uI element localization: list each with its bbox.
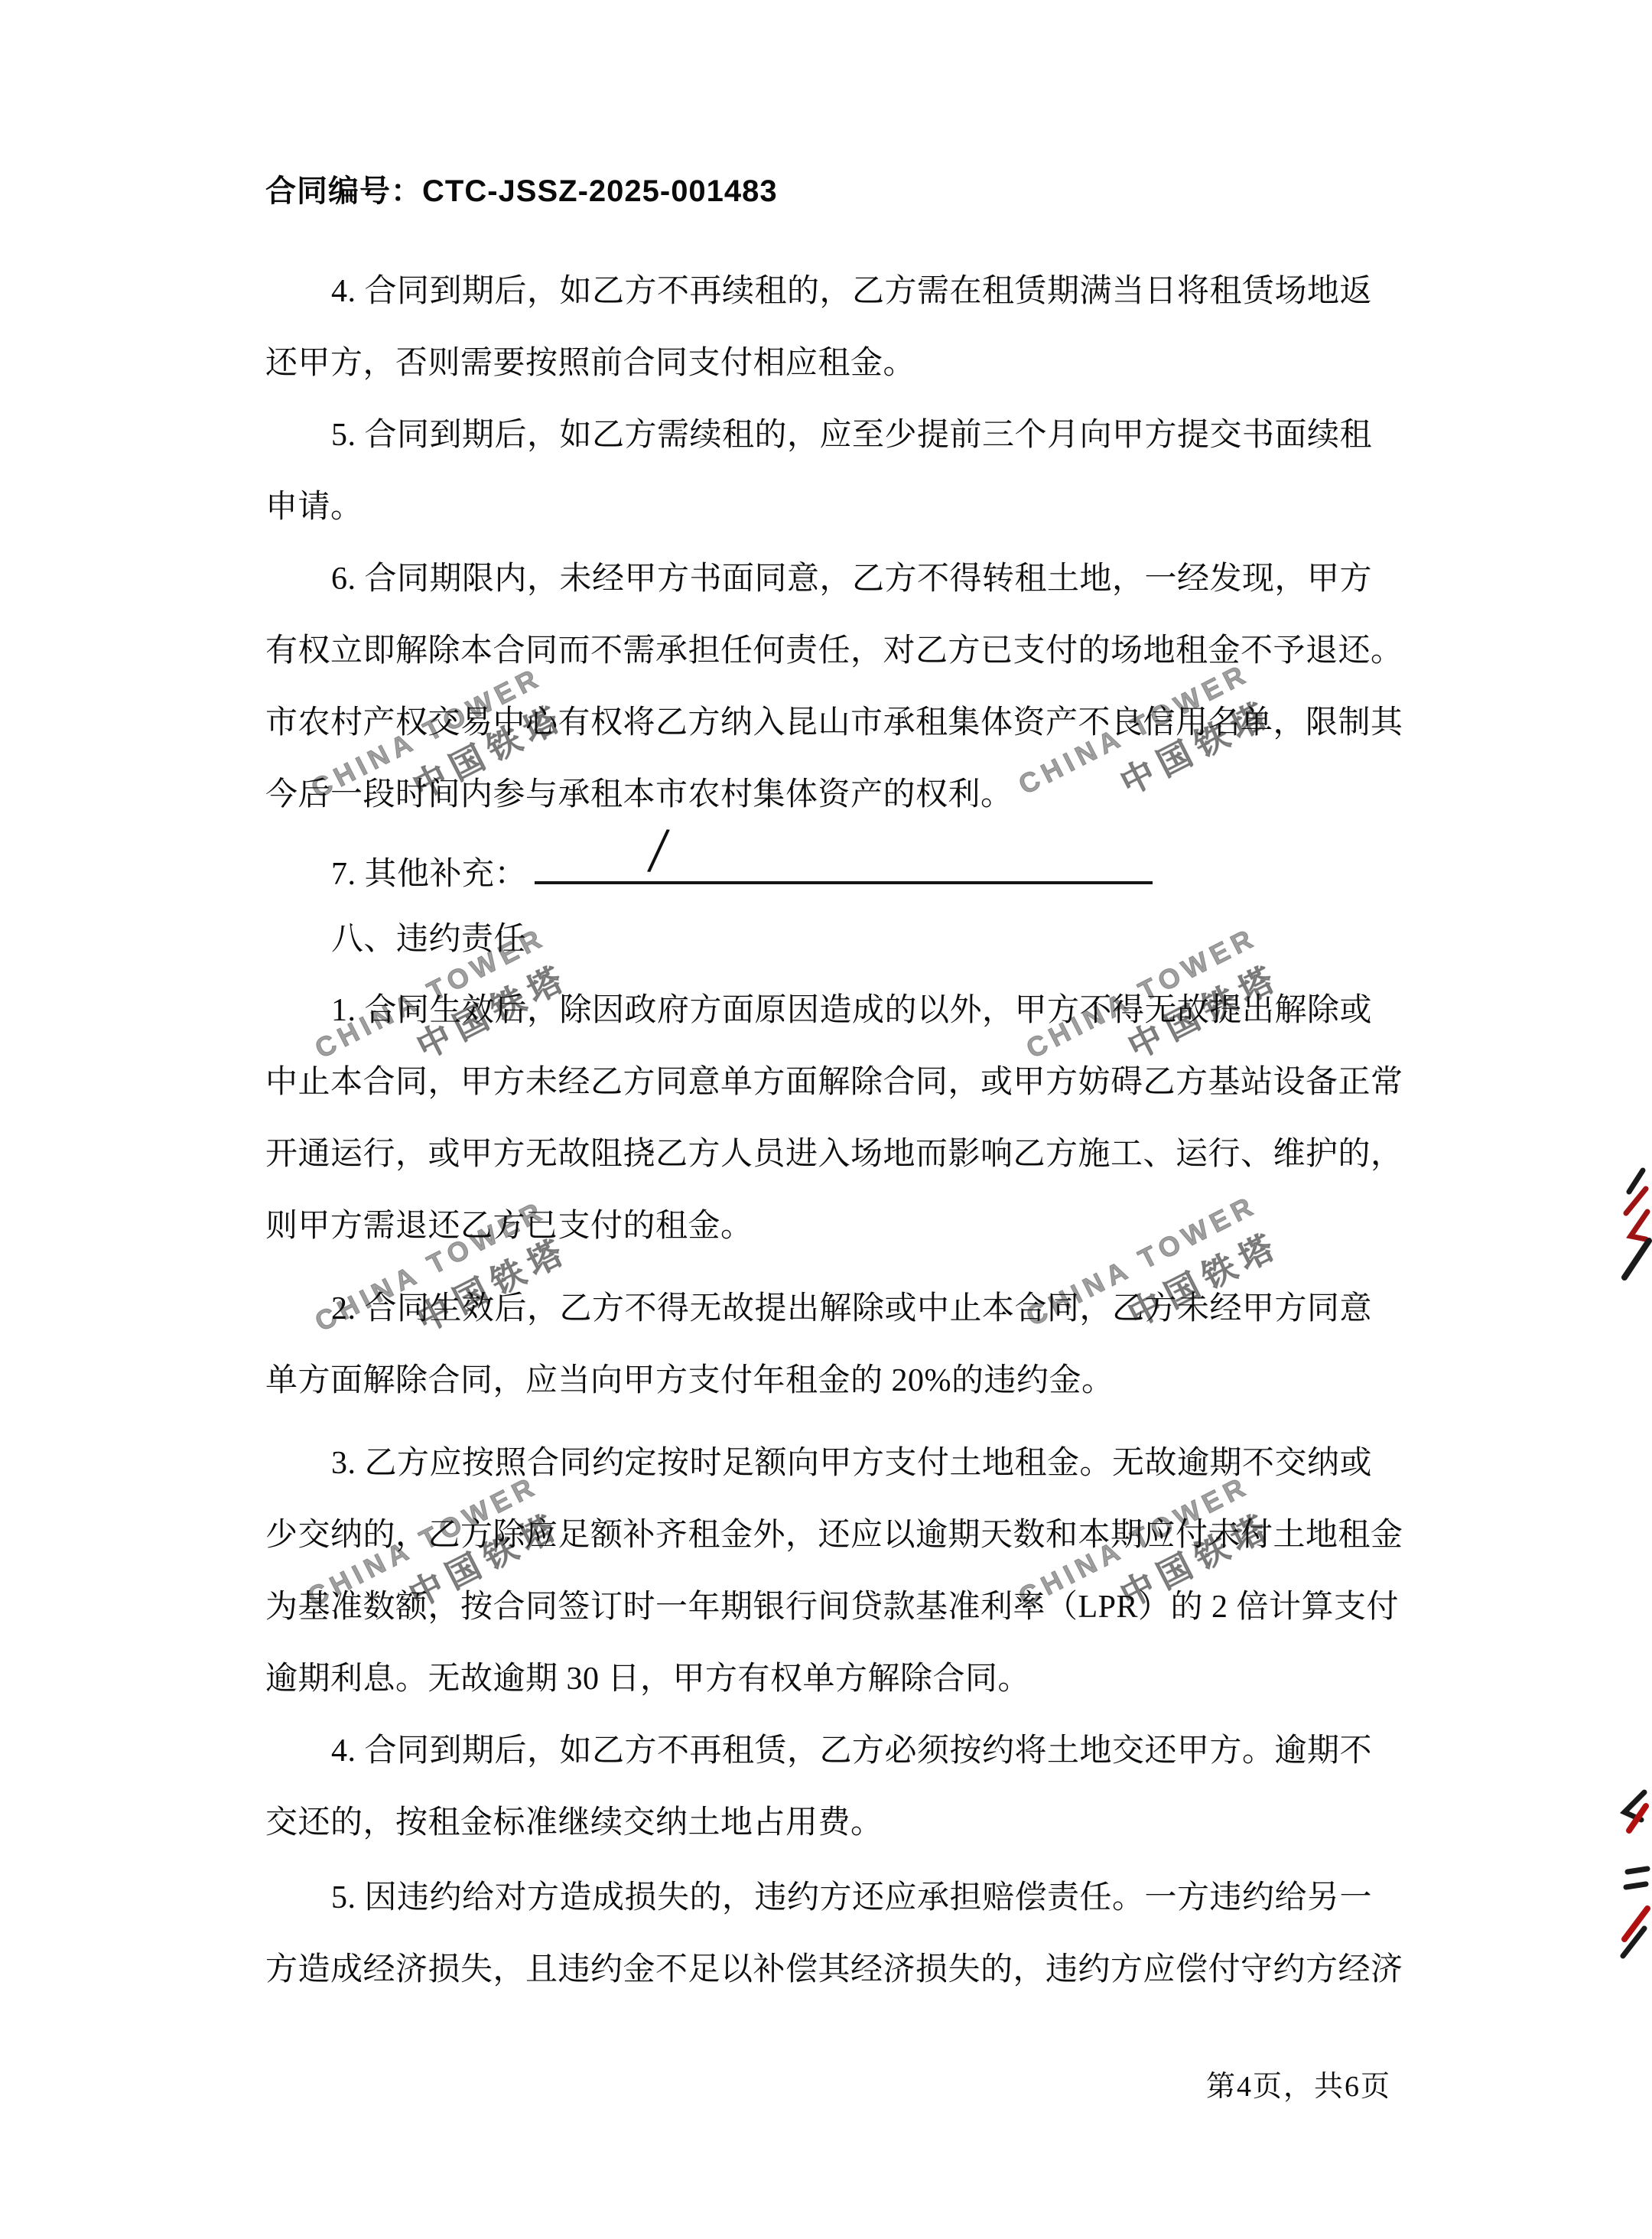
contract-line-other-supplement: 7. 其他补充：/ — [265, 849, 1462, 892]
contract-line: 市农村产权交易中心有权将乙方纳入昆山市承租集体资产不良信用名单，限制其 — [265, 705, 1396, 740]
contract-line: 为基准数额，按合同签订时一年期银行间贷款基准利率（LPR）的 2 倍计算支付 — [265, 1590, 1396, 1625]
contract-line: 交还的，按租金标准继续交纳土地占用费。 — [265, 1805, 1396, 1840]
blank-underline: / — [535, 849, 1153, 884]
contract-line: 少交纳的，乙方除应足额补齐租金外，还应以逾期天数和本期应付未付土地租金 — [265, 1518, 1396, 1553]
section-heading: 八、违约责任 — [265, 922, 1462, 957]
page-number: 第4页，共6页 — [1206, 2062, 1391, 2104]
contract-line: 5. 合同到期后，如乙方需续租的，应至少提前三个月向甲方提交书面续租 — [265, 418, 1462, 453]
handwritten-slash: / — [646, 813, 672, 887]
contract-line: 6. 合同期限内，未经甲方书面同意，乙方不得转租土地，一经发现，甲方 — [265, 561, 1462, 597]
clause7-label: 7. 其他补充： — [331, 857, 527, 892]
contract-line: 方造成经济损失，且违约金不足以补偿其经济损失的，违约方应偿付守约方经济 — [265, 1952, 1396, 1987]
contract-line: 逾期利息。无故逾期 30 日，甲方有权单方解除合同。 — [265, 1661, 1396, 1697]
contract-line: 2. 合同生效后，乙方不得无故提出解除或中止本合同，乙方未经甲方同意 — [265, 1291, 1462, 1326]
contract-line: 有权立即解除本合同而不需承担任何责任，对乙方已支付的场地租金不予退还。 — [265, 633, 1396, 669]
contract-line: 还甲方，否则需要按照前合同支付相应租金。 — [265, 346, 1396, 381]
contract-line: 1. 合同生效后，除因政府方面原因造成的以外，甲方不得无故提出解除或 — [265, 993, 1462, 1028]
contract-line: 3. 乙方应按照合同约定按时足额向甲方支付土地租金。无故逾期不交纳或 — [265, 1446, 1462, 1481]
contract-line: 单方面解除合同，应当向甲方支付年租金的 20%的违约金。 — [265, 1363, 1396, 1398]
contract-body: 4. 合同到期后，如乙方不再续租的，乙方需在租赁期满当日将租赁场地返 还甲方，否… — [0, 0, 1652, 2239]
contract-line: 则甲方需退还乙方已支付的租金。 — [265, 1209, 1396, 1244]
contract-line: 中止本合同，甲方未经乙方同意单方面解除合同，或甲方妨碍乙方基站设备正常 — [265, 1065, 1396, 1100]
contract-line: 开通运行，或甲方无故阻挠乙方人员进入场地而影响乙方施工、运行、维护的， — [265, 1137, 1396, 1172]
contract-line: 4. 合同到期后，如乙方不再租赁，乙方必须按约将土地交还甲方。逾期不 — [265, 1733, 1462, 1769]
contract-line: 4. 合同到期后，如乙方不再续租的，乙方需在租赁期满当日将租赁场地返 — [265, 274, 1462, 309]
contract-line: 申请。 — [265, 490, 1396, 525]
contract-line: 今后一段时间内参与承租本市农村集体资产的权利。 — [265, 777, 1396, 812]
contract-line: 5. 因违约给对方造成损失的，违约方还应承担赔偿责任。一方违约给另一 — [265, 1880, 1462, 1915]
contract-scan-page: 合同编号：CTC-JSSZ-2025-001483 CHINA TOWER 中国… — [0, 0, 1652, 2239]
